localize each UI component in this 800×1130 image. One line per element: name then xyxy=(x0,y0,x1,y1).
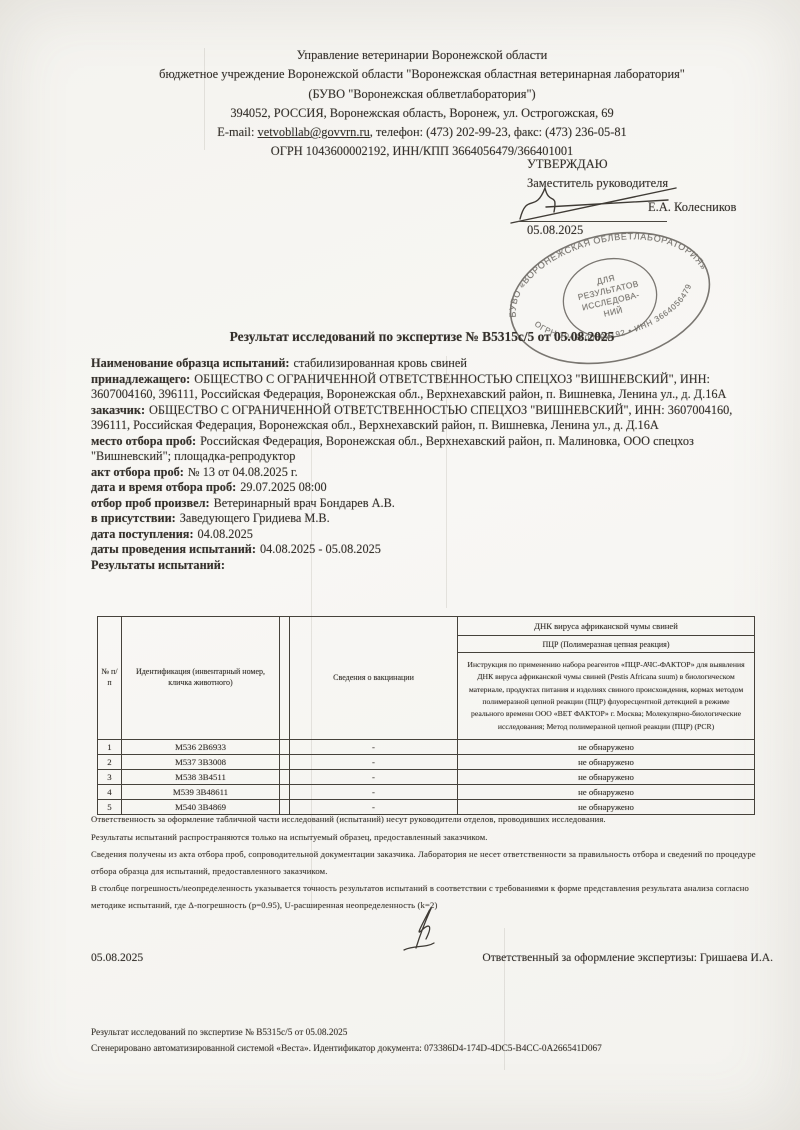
detail-value: 29.07.2025 08:00 xyxy=(240,480,326,494)
detail-row: в присутствии:Заведующего Гридиева М.В. xyxy=(91,511,757,527)
footnote: Результаты испытаний распространяются то… xyxy=(91,829,757,846)
detail-label: отбор проб произвел: xyxy=(91,496,210,510)
executor-signature xyxy=(396,896,452,954)
table-row: 4 М539 3В48611 - не обнаружено xyxy=(98,785,755,800)
row-num: 2 xyxy=(98,755,122,770)
col-header-vaccination: Сведения о вакцинации xyxy=(290,617,458,740)
col-header-method: Инструкция по применению набора реагенто… xyxy=(458,653,755,740)
detail-value: № 13 от 04.08.2025 г. xyxy=(188,465,298,479)
approval-heading: УТВЕРЖДАЮ xyxy=(527,155,668,174)
email-link: vetvobllab@govvrn.ru xyxy=(258,125,370,139)
row-vaccination: - xyxy=(290,785,458,800)
org-contacts-line: E-mail: vetvobllab@govvrn.ru, телефон: (… xyxy=(88,123,756,142)
footer-expertise-line: Результат исследований по экспертизе № В… xyxy=(91,1026,602,1042)
row-gap xyxy=(280,785,290,800)
detail-value: Заведующего Гридиева М.В. xyxy=(180,511,330,525)
detail-value: 04.08.2025 xyxy=(198,527,253,541)
detail-label: Наименование образца испытаний: xyxy=(91,356,290,370)
org-short-name-line: (БУВО "Воронежская облветлаборатория") xyxy=(88,85,756,104)
detail-row: дата и время отбора проб:29.07.2025 08:0… xyxy=(91,480,757,496)
detail-row: акт отбора проб:№ 13 от 04.08.2025 г. xyxy=(91,465,757,481)
results-section-label: Результаты испытаний: xyxy=(91,558,757,574)
sample-details: Наименование образца испытаний:стабилизи… xyxy=(91,356,757,573)
detail-label: дата и время отбора проб: xyxy=(91,480,236,494)
detail-value: 04.08.2025 - 05.08.2025 xyxy=(260,542,381,556)
detail-row: принадлежащего:ОБЩЕСТВО С ОГРАНИЧЕННОЙ О… xyxy=(91,372,757,403)
row-id: М536 2В6933 xyxy=(122,740,280,755)
row-id: М539 3В48611 xyxy=(122,785,280,800)
detail-row: даты проведения испытаний:04.08.2025 - 0… xyxy=(91,542,757,558)
email-label: E-mail: xyxy=(217,125,254,139)
org-address-line: 394052, РОССИЯ, Воронежская область, Вор… xyxy=(88,104,756,123)
detail-label: место отбора проб: xyxy=(91,434,196,448)
report-date: 05.08.2025 xyxy=(91,951,143,964)
detail-label: в присутствии: xyxy=(91,511,176,525)
col-header-pcr: ПЦР (Полимеразная цепная реакция) xyxy=(458,636,755,653)
table-row: 2 М537 3В3008 - не обнаружено xyxy=(98,755,755,770)
detail-row: заказчик:ОБЩЕСТВО С ОГРАНИЧЕННОЙ ОТВЕТСТ… xyxy=(91,403,757,434)
row-result: не обнаружено xyxy=(458,785,755,800)
org-department-line: Управление ветеринарии Воронежской облас… xyxy=(88,46,756,65)
row-num: 3 xyxy=(98,770,122,785)
detail-value: Ветеринарный врач Бондарев А.В. xyxy=(214,496,395,510)
row-vaccination: - xyxy=(290,740,458,755)
detail-row: Наименование образца испытаний:стабилизи… xyxy=(91,356,757,372)
footnote: Сведения получены из акта отбора проб, с… xyxy=(91,846,757,879)
detail-label: акт отбора проб: xyxy=(91,465,184,479)
phone-fax-text: , телефон: (473) 202-99-23, факс: (473) … xyxy=(370,125,627,139)
row-result: не обнаружено xyxy=(458,740,755,755)
row-gap xyxy=(280,740,290,755)
detail-label: принадлежащего: xyxy=(91,372,190,386)
row-gap xyxy=(280,770,290,785)
row-result: не обнаружено xyxy=(458,770,755,785)
detail-label: дата поступления: xyxy=(91,527,194,541)
row-vaccination: - xyxy=(290,755,458,770)
row-num: 1 xyxy=(98,740,122,755)
row-gap xyxy=(280,755,290,770)
scanned-document-page: { "colors": { "paper": "#f6f5f2", "ink":… xyxy=(0,0,800,1130)
detail-value: стабилизированная кровь свиней xyxy=(294,356,467,370)
detail-row: место отбора проб:Российская Федерация, … xyxy=(91,434,757,465)
detail-label: даты проведения испытаний: xyxy=(91,542,256,556)
responsible-person-line: Ответственный за оформление экспертизы: … xyxy=(482,951,773,964)
footnote: Ответственность за оформление табличной … xyxy=(91,811,757,828)
row-num: 4 xyxy=(98,785,122,800)
report-title: Результат исследований по экспертизе № В… xyxy=(88,329,756,345)
org-header: Управление ветеринарии Воронежской облас… xyxy=(88,46,756,162)
org-name-line: бюджетное учреждение Воронежской области… xyxy=(88,65,756,84)
table-row: 1 М536 2В6933 - не обнаружено xyxy=(98,740,755,755)
row-result: не обнаружено xyxy=(458,755,755,770)
detail-row: отбор проб произвел:Ветеринарный врач Бо… xyxy=(91,496,757,512)
detail-label: заказчик: xyxy=(91,403,145,417)
col-header-num: № п/п xyxy=(98,617,122,740)
col-header-gap xyxy=(280,617,290,740)
detail-value: ОБЩЕСТВО С ОГРАНИЧЕННОЙ ОТВЕТСТВЕННОСТЬЮ… xyxy=(91,403,732,433)
doc-footer: Результат исследований по экспертизе № В… xyxy=(91,1026,602,1057)
table-row: 3 М538 3В4511 - не обнаружено xyxy=(98,770,755,785)
row-id: М538 3В4511 xyxy=(122,770,280,785)
results-table: № п/п Идентификация (инвентарный номер, … xyxy=(97,616,755,815)
detail-row: дата поступления:04.08.2025 xyxy=(91,527,757,543)
footer-generated-line: Сгенерировано автоматизированной системо… xyxy=(91,1042,602,1058)
col-header-identification: Идентификация (инвентарный номер, кличка… xyxy=(122,617,280,740)
col-header-target: ДНК вируса африканской чумы свиней xyxy=(458,617,755,636)
detail-label: Результаты испытаний: xyxy=(91,558,225,572)
row-id: М537 3В3008 xyxy=(122,755,280,770)
row-vaccination: - xyxy=(290,770,458,785)
